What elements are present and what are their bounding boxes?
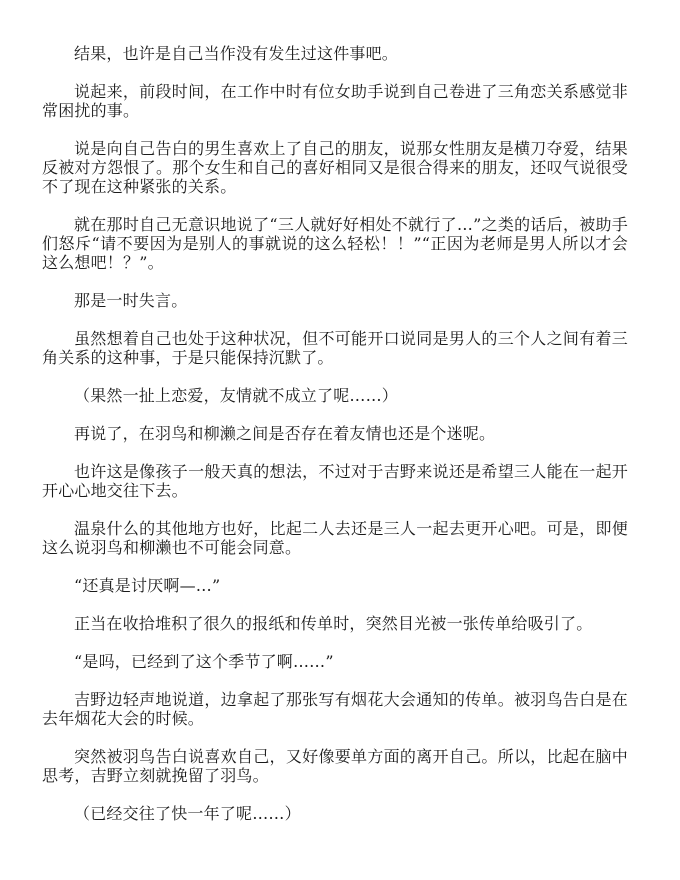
paragraph: 也许这是像孩子一般天真的想法，不过对于吉野来说还是希望三人能在一起开开心心地交往… [42, 462, 628, 500]
paragraph: “还真是讨厌啊—…” [42, 576, 628, 595]
paragraph: （果然一扯上恋爱，友情就不成立了呢……） [42, 386, 628, 405]
paragraph: 再说了，在羽鸟和柳濑之间是否存在着友情也还是个迷呢。 [42, 424, 628, 443]
paragraph: 那是一时失言。 [42, 291, 628, 310]
paragraph: 说是向自己告白的男生喜欢上了自己的朋友，说那女性朋友是横刀夺爱，结果反被对方怨恨… [42, 139, 628, 196]
paragraph: “是吗，已经到了这个季节了啊……” [42, 652, 628, 671]
paragraph: 正当在收拾堆积了很久的报纸和传单时，突然目光被一张传单给吸引了。 [42, 614, 628, 633]
paragraph: 温泉什么的其他地方也好，比起二人去还是三人一起去更开心吧。可是，即便这么说羽鸟和… [42, 519, 628, 557]
paragraph: 突然被羽鸟告白说喜欢自己，又好像要单方面的离开自己。所以，比起在脑中思考，吉野立… [42, 747, 628, 785]
paragraph: 就在那时自己无意识地说了“三人就好好相处不就行了…”之类的话后，被助手们怒斥“请… [42, 215, 628, 272]
document-page: 结果，也许是自己当作没有发生过这件事吧。 说起来，前段时间，在工作中时有位女助手… [42, 44, 628, 842]
paragraph: （已经交往了快一年了呢……） [42, 804, 628, 823]
paragraph: 吉野边轻声地说道，边拿起了那张写有烟花大会通知的传单。被羽鸟告白是在去年烟花大会… [42, 690, 628, 728]
paragraph: 说起来，前段时间，在工作中时有位女助手说到自己卷进了三角恋关系感觉非常困扰的事。 [42, 82, 628, 120]
paragraph: 结果，也许是自己当作没有发生过这件事吧。 [42, 44, 628, 63]
paragraph: 虽然想着自己也处于这种状况，但不可能开口说同是男人的三个人之间有着三角关系的这种… [42, 329, 628, 367]
